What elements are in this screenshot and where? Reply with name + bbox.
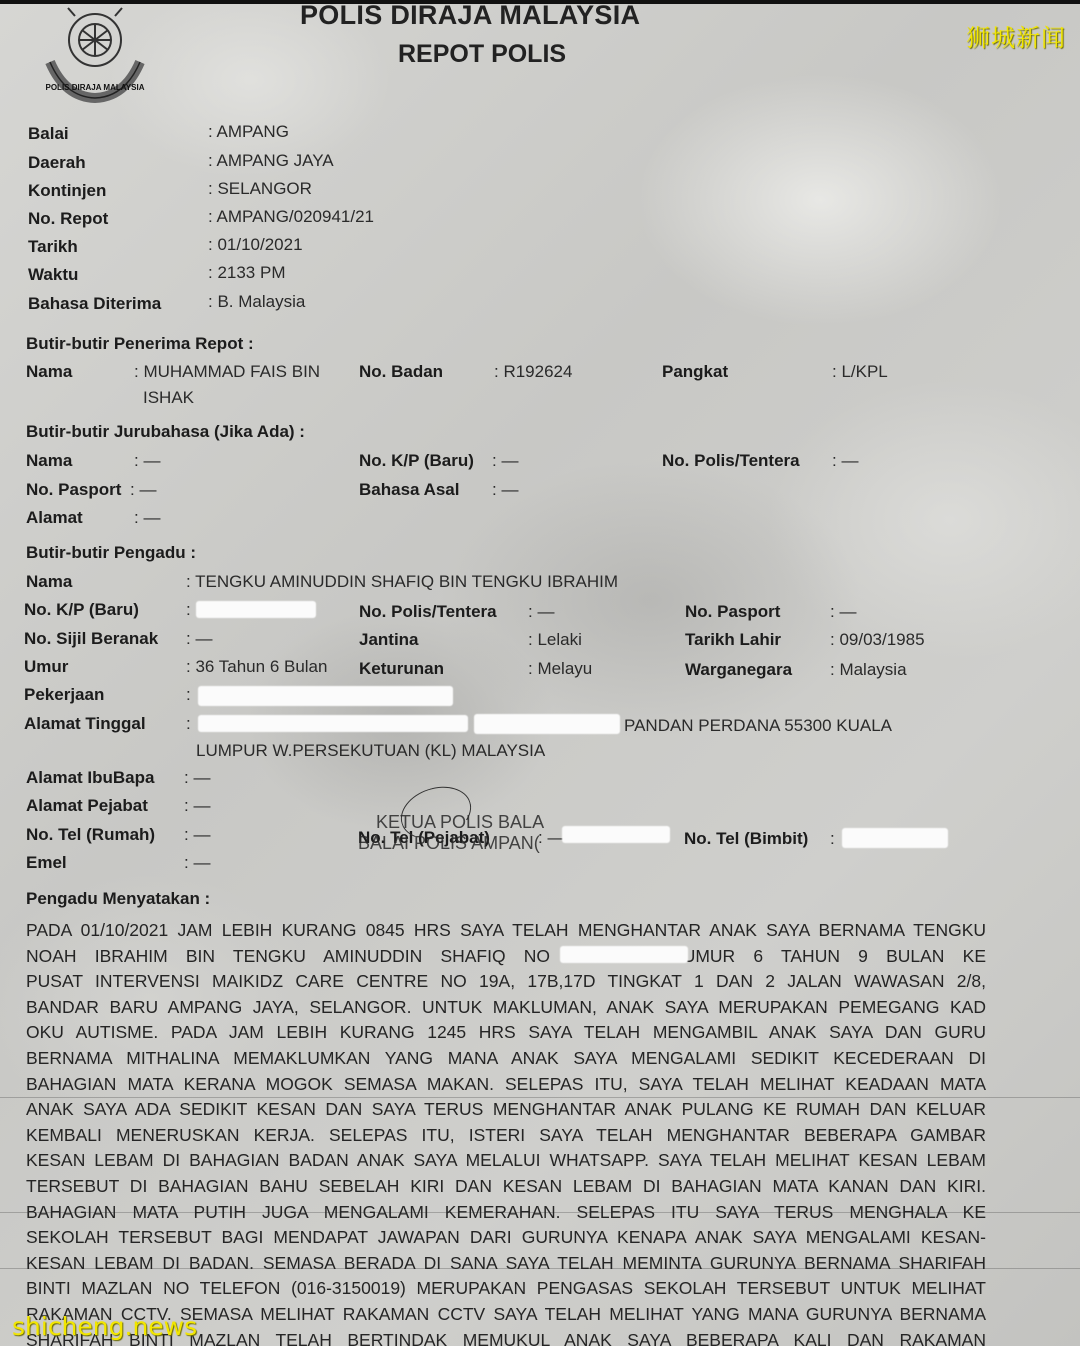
pengadu-polis-label: No. Polis/Tentera <box>359 602 497 622</box>
report-info-value: : AMPANG/020941/21 <box>208 207 374 227</box>
report-info-value: : 2133 PM <box>208 263 286 283</box>
pengadu-kp-label: No. K/P (Baru) <box>24 600 139 620</box>
statement-line: BERNAMA MITHALINA MEMAKLUMKAN YANG MANA … <box>26 1046 986 1072</box>
pengadu-kp-value: : <box>186 600 191 620</box>
stamp-line-2: BALAI POLIS AMPAN( <box>358 833 544 854</box>
pengadu-jantina-value: : Lelaki <box>528 630 582 650</box>
jurubahasa-polis-value: : — <box>832 451 858 471</box>
statement-line: BAHAGIAN MATA KERANA MOGOK SEMASA MAKAN.… <box>26 1072 986 1098</box>
pengadu-nama-value: : TENGKU AMINUDDIN SHAFIQ BIN TENGKU IBR… <box>186 572 618 592</box>
statement-line: OKU AUTISME. PADA JAM LEBIH KURANG 1245 … <box>26 1020 986 1046</box>
report-info-value: : SELANGOR <box>208 179 312 199</box>
pengadu-lahir-label: Tarikh Lahir <box>685 630 781 650</box>
penerima-pangkat-value: : L/KPL <box>832 362 888 382</box>
jurubahasa-alamat-label: Alamat <box>26 508 83 528</box>
pengadu-pasport-label: No. Pasport <box>685 602 780 622</box>
pengadu-keturunan-value: : Melayu <box>528 659 592 679</box>
pengadu-polis-value: : — <box>528 602 554 622</box>
report-info-label: Tarikh <box>28 237 78 257</box>
pengadu-telbimbit-label: No. Tel (Bimbit) <box>684 829 808 849</box>
pengadu-warga-value: : Malaysia <box>830 660 907 680</box>
pengadu-alamat-label: Alamat Tinggal <box>24 714 146 734</box>
watermark-bottom-left: shicheng.news <box>12 1312 197 1341</box>
pengadu-sijil-value: : — <box>186 629 212 649</box>
penerima-badan-label: No. Badan <box>359 362 443 382</box>
pengadu-pasport-value: : — <box>830 602 856 622</box>
pengadu-pekerjaan-value: : <box>186 685 191 705</box>
report-info-label: Daerah <box>28 153 86 173</box>
report-info-value: : 01/10/2021 <box>208 235 303 255</box>
statement-line: BINTI MAZLAN NO TELEFON (016-3150019) ME… <box>26 1276 986 1302</box>
stamp-line-1: KETUA POLIS BALA <box>376 812 544 833</box>
statement-line: ANAK SAYA ADA SEDIKIT KESAN DAN SAYA TER… <box>26 1097 986 1123</box>
penerima-heading: Butir-butir Penerima Repot : <box>26 334 254 354</box>
statement-line: PUSAT INTERVENSI MAIKIDZ CARE CENTRE NO … <box>26 969 986 995</box>
pengadu-keturunan-label: Keturunan <box>359 659 444 679</box>
pengadu-alamat-value: : <box>186 714 191 734</box>
pengadu-alamat-visible: PANDAN PERDANA 55300 KUALA <box>624 716 892 736</box>
report-info-value: : AMPANG JAYA <box>208 151 334 171</box>
org-title: POLIS DIRAJA MALAYSIA <box>300 0 640 31</box>
statement-body: PADA 01/10/2021 JAM LEBIH KURANG 0845 HR… <box>26 918 986 1346</box>
penerima-nama-value: : MUHAMMAD FAIS BIN <box>134 362 320 382</box>
pengadu-nama-label: Nama <box>26 572 72 592</box>
pengadu-heading: Butir-butir Pengadu : <box>26 543 196 563</box>
statement-line: BAHAGIAN MATA PUTIH JUGA MENGALAMI KEMER… <box>26 1200 986 1226</box>
penerima-nama-value-line2: ISHAK <box>143 388 194 408</box>
redacted-alamat-2 <box>474 714 620 734</box>
statement-line: TERSEBUT DI BAHAGIAN BAHU SEBELAH KIRI D… <box>26 1174 986 1200</box>
pengadu-warga-label: Warganegara <box>685 660 792 680</box>
pengadu-telbimbit-value: : <box>830 829 835 849</box>
penerima-badan-value: : R192624 <box>494 362 572 382</box>
pengadu-ibubapa-label: Alamat IbuBapa <box>26 768 154 788</box>
redacted-pekerjaan <box>198 686 453 706</box>
report-info-label: Bahasa Diterima <box>28 294 161 314</box>
pengadu-lahir-value: : 09/03/1985 <box>830 630 925 650</box>
statement-line: KESAN LEBAM DI BADAN. SEMASA BERADA DI S… <box>26 1251 986 1277</box>
report-info-label: Waktu <box>28 265 78 285</box>
watermark-top-right: 狮城新闻 <box>966 18 1066 53</box>
pengadu-jantina-label: Jantina <box>359 630 419 650</box>
official-stamp: KETUA POLIS BALA BALAI POLIS AMPAN( <box>358 812 544 854</box>
svg-text:POLIS DIRAJA MALAYSIA: POLIS DIRAJA MALAYSIA <box>46 83 145 92</box>
pengadu-sijil-label: No. Sijil Beranak <box>24 629 158 649</box>
statement-line: BANDAR BARU AMPANG JAYA, SELANGOR. UNTUK… <box>26 995 986 1021</box>
jurubahasa-kp-label: No. K/P (Baru) <box>359 451 474 471</box>
report-info-value: : AMPANG <box>208 122 289 142</box>
redacted-kp <box>196 601 316 618</box>
jurubahasa-alamat-value: : — <box>134 508 160 528</box>
statement-line: KEMBALI MENERUSKAN KERJA. SELEPAS ITU, I… <box>26 1123 986 1149</box>
pengadu-pekerjaan-label: Pekerjaan <box>24 685 104 705</box>
statement-heading: Pengadu Menyatakan : <box>26 889 210 909</box>
jurubahasa-heading: Butir-butir Jurubahasa (Jika Ada) : <box>26 422 305 442</box>
jurubahasa-polis-label: No. Polis/Tentera <box>662 451 800 471</box>
pengadu-pejabat-value: : — <box>184 796 210 816</box>
statement-line: PADA 01/10/2021 JAM LEBIH KURANG 0845 HR… <box>26 918 986 944</box>
jurubahasa-kp-value: : — <box>492 451 518 471</box>
report-info-label: No. Repot <box>28 209 108 229</box>
jurubahasa-pasport-value: : — <box>130 480 156 500</box>
jurubahasa-nama-label: Nama <box>26 451 72 471</box>
pengadu-umur-label: Umur <box>24 657 68 677</box>
statement-line: NOAH IBRAHIM BIN TENGKU AMINUDDIN SHAFIQ… <box>26 944 986 970</box>
police-crest-icon: POLIS DIRAJA MALAYSIA <box>30 2 160 107</box>
pengadu-emel-label: Emel <box>26 853 67 873</box>
jurubahasa-nama-value: : — <box>134 451 160 471</box>
pengadu-umur-value: : 36 Tahun 6 Bulan <box>186 657 327 677</box>
pengadu-telrumah-value: : — <box>184 825 210 845</box>
pengadu-ibubapa-value: : — <box>184 768 210 788</box>
pengadu-emel-value: : — <box>184 853 210 873</box>
report-info-label: Kontinjen <box>28 181 106 201</box>
redacted-telbimbit <box>842 828 948 848</box>
jurubahasa-bahasa-value: : — <box>492 480 518 500</box>
statement-line: SEKOLAH TERSEBUT BAGI MENDAPAT JAWAPAN D… <box>26 1225 986 1251</box>
report-info-value: : B. Malaysia <box>208 292 305 312</box>
redacted-alamat-1 <box>198 715 468 732</box>
jurubahasa-pasport-label: No. Pasport <box>26 480 121 500</box>
penerima-pangkat-label: Pangkat <box>662 362 728 382</box>
pengadu-alamat-line2: LUMPUR W.PERSEKUTUAN (KL) MALAYSIA <box>196 741 545 761</box>
redacted-telpejabat <box>562 826 670 843</box>
penerima-nama-label: Nama <box>26 362 72 382</box>
jurubahasa-bahasa-label: Bahasa Asal <box>359 480 459 500</box>
report-info-label: Balai <box>28 124 69 144</box>
pengadu-pejabat-label: Alamat Pejabat <box>26 796 148 816</box>
document-title: REPOT POLIS <box>398 40 566 69</box>
redacted-mykid <box>560 946 688 963</box>
statement-line: KESAN LEBAM DI BAHAGIAN BADAN ANAK SAYA … <box>26 1148 986 1174</box>
pengadu-telrumah-label: No. Tel (Rumah) <box>26 825 155 845</box>
